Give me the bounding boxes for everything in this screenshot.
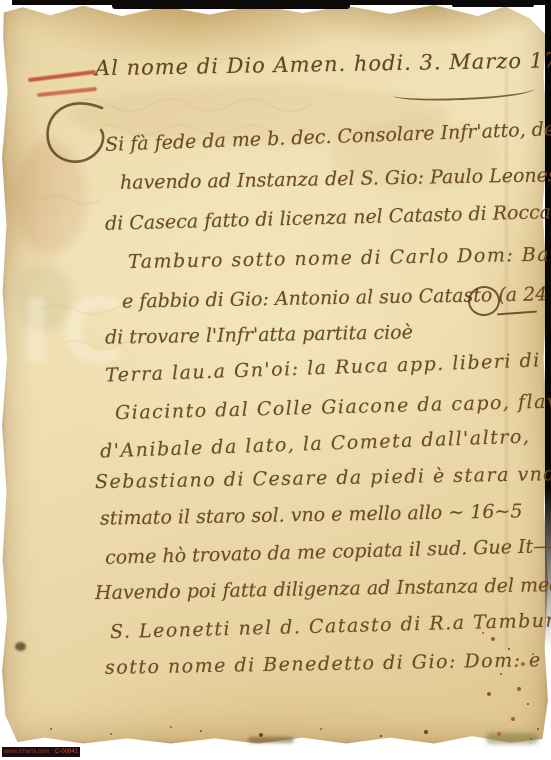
provenance-watermark-bar: www.icharta.com C-00841: [2, 747, 80, 757]
scanner-edge-top: [452, 0, 534, 7]
watermark-code-text: C-00841: [55, 749, 78, 755]
watermark-site-text: www.icharta.com: [4, 749, 49, 755]
scanner-edge-top: [112, 0, 350, 9]
